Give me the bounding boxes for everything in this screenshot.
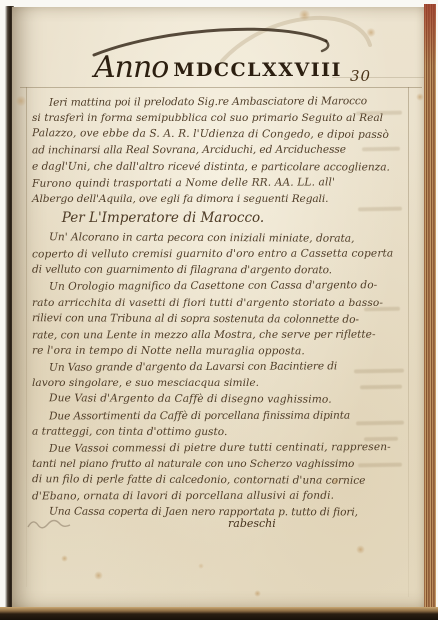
ruled-line-horizontal — [20, 87, 422, 88]
manuscript-line: Due Assortimenti da Caffè di porcellana … — [32, 407, 372, 424]
manuscript-line: rato arricchita di vasetti di fiori tutt… — [32, 295, 372, 311]
fox-spot — [94, 571, 103, 580]
bleed-mark — [360, 385, 402, 390]
manuscript-line: Ieri mattina poi il prelodato Sig.re Amb… — [32, 93, 372, 111]
bleed-mark — [358, 463, 402, 468]
catchword: rabeschi — [228, 517, 276, 530]
manuscript-line: e dagl'Uni, che dall'altro ricevé distin… — [32, 158, 372, 175]
book-fore-edge — [424, 4, 436, 612]
manuscript-line: di un filo di perle fatte di calcedonio,… — [32, 471, 372, 489]
manuscript-line: Due Vassoi commessi di pietre dure tutti… — [32, 439, 372, 457]
manuscript-line: ad inchinarsi alla Real Sovrana, Arciduc… — [32, 142, 372, 159]
manuscript-line: Una Cassa coperta di Jaen nero rapportat… — [32, 504, 372, 521]
manuscript-line: d'Ebano, ornata di lavori di porcellana … — [32, 488, 372, 505]
manuscript-line: tanti nel piano frutto al naturale con u… — [32, 456, 372, 472]
manuscript-line: a tratteggi, con tinta d'ottimo gusto. — [32, 423, 372, 440]
ruled-line-right — [408, 87, 409, 597]
year-label: MDCCLXXVIII — [173, 59, 342, 81]
bleed-mark — [356, 421, 404, 426]
fox-spot — [366, 28, 376, 37]
manuscript-line: re l'ora in tempo di Notte nella muragli… — [32, 343, 372, 360]
manuscript-line: Due Vasi d'Argento da Caffè di disegno v… — [32, 391, 372, 409]
fox-spot — [298, 10, 311, 20]
ruled-line-horizontal-upper — [332, 77, 424, 78]
text-block: Ieri mattina poi il prelodato Sig.re Amb… — [32, 94, 372, 521]
fox-spot — [416, 93, 424, 101]
manuscript-line: di velluto con guarnimento di filagrana … — [32, 262, 372, 279]
manuscript-line: Furono quindi trasportati a Nome delle R… — [32, 174, 372, 192]
book-photo: Anno MDCCLXXVIII 30 Ieri mattina poi il … — [0, 0, 438, 620]
manuscript-line: Albergo dell'Aquila, ove egli fa dimora … — [32, 191, 372, 207]
fox-spot — [16, 95, 26, 107]
fox-spot — [332, 478, 339, 485]
manuscript-line: Palazzo, ove ebbe da S. A. R. l'Udienza … — [32, 125, 372, 143]
book-bottom-edge — [0, 607, 438, 620]
fox-spot — [254, 590, 261, 597]
anno-label: Anno — [94, 53, 168, 83]
manuscript-line: Un Vaso grande d'argento da Lavarsi con … — [32, 358, 372, 376]
book-fore-edge-tint — [424, 4, 436, 66]
marginal-squiggle-icon — [26, 515, 72, 535]
manuscript-line: rate, con una Lente in mezzo alla Mostra… — [32, 326, 372, 343]
manuscript-line: lavoro singolare, e suo mesciacqua simil… — [32, 375, 372, 391]
bleed-mark — [356, 111, 402, 116]
section-heading: Per L'Imperatore di Marocco. — [32, 207, 372, 230]
manuscript-line: si trasferì in forma semipubblica col su… — [32, 110, 372, 126]
fox-spot — [198, 563, 204, 569]
manuscript-line: Un' Alcorano in carta pecora con inizial… — [32, 229, 372, 247]
manuscript-line: rilievi con una Tribuna al di sopra sost… — [32, 310, 372, 328]
bleed-mark — [364, 307, 400, 312]
bleed-mark — [364, 437, 398, 442]
manuscript-line: Un Orologio magnifico da Casettone con C… — [32, 278, 372, 296]
fox-spot — [61, 555, 68, 562]
manuscript-line: coperto di velluto cremisi guarnito d'or… — [32, 246, 372, 263]
bleed-mark — [362, 147, 400, 152]
page-header: Anno MDCCLXXVIII — [94, 53, 342, 83]
page-number: 30 — [350, 67, 371, 85]
ruled-line-left — [26, 87, 27, 587]
bleed-mark — [354, 369, 404, 374]
bleed-mark — [358, 207, 402, 212]
fox-spot — [356, 545, 365, 554]
manuscript-page: Anno MDCCLXXVIII 30 Ieri mattina poi il … — [12, 7, 424, 608]
